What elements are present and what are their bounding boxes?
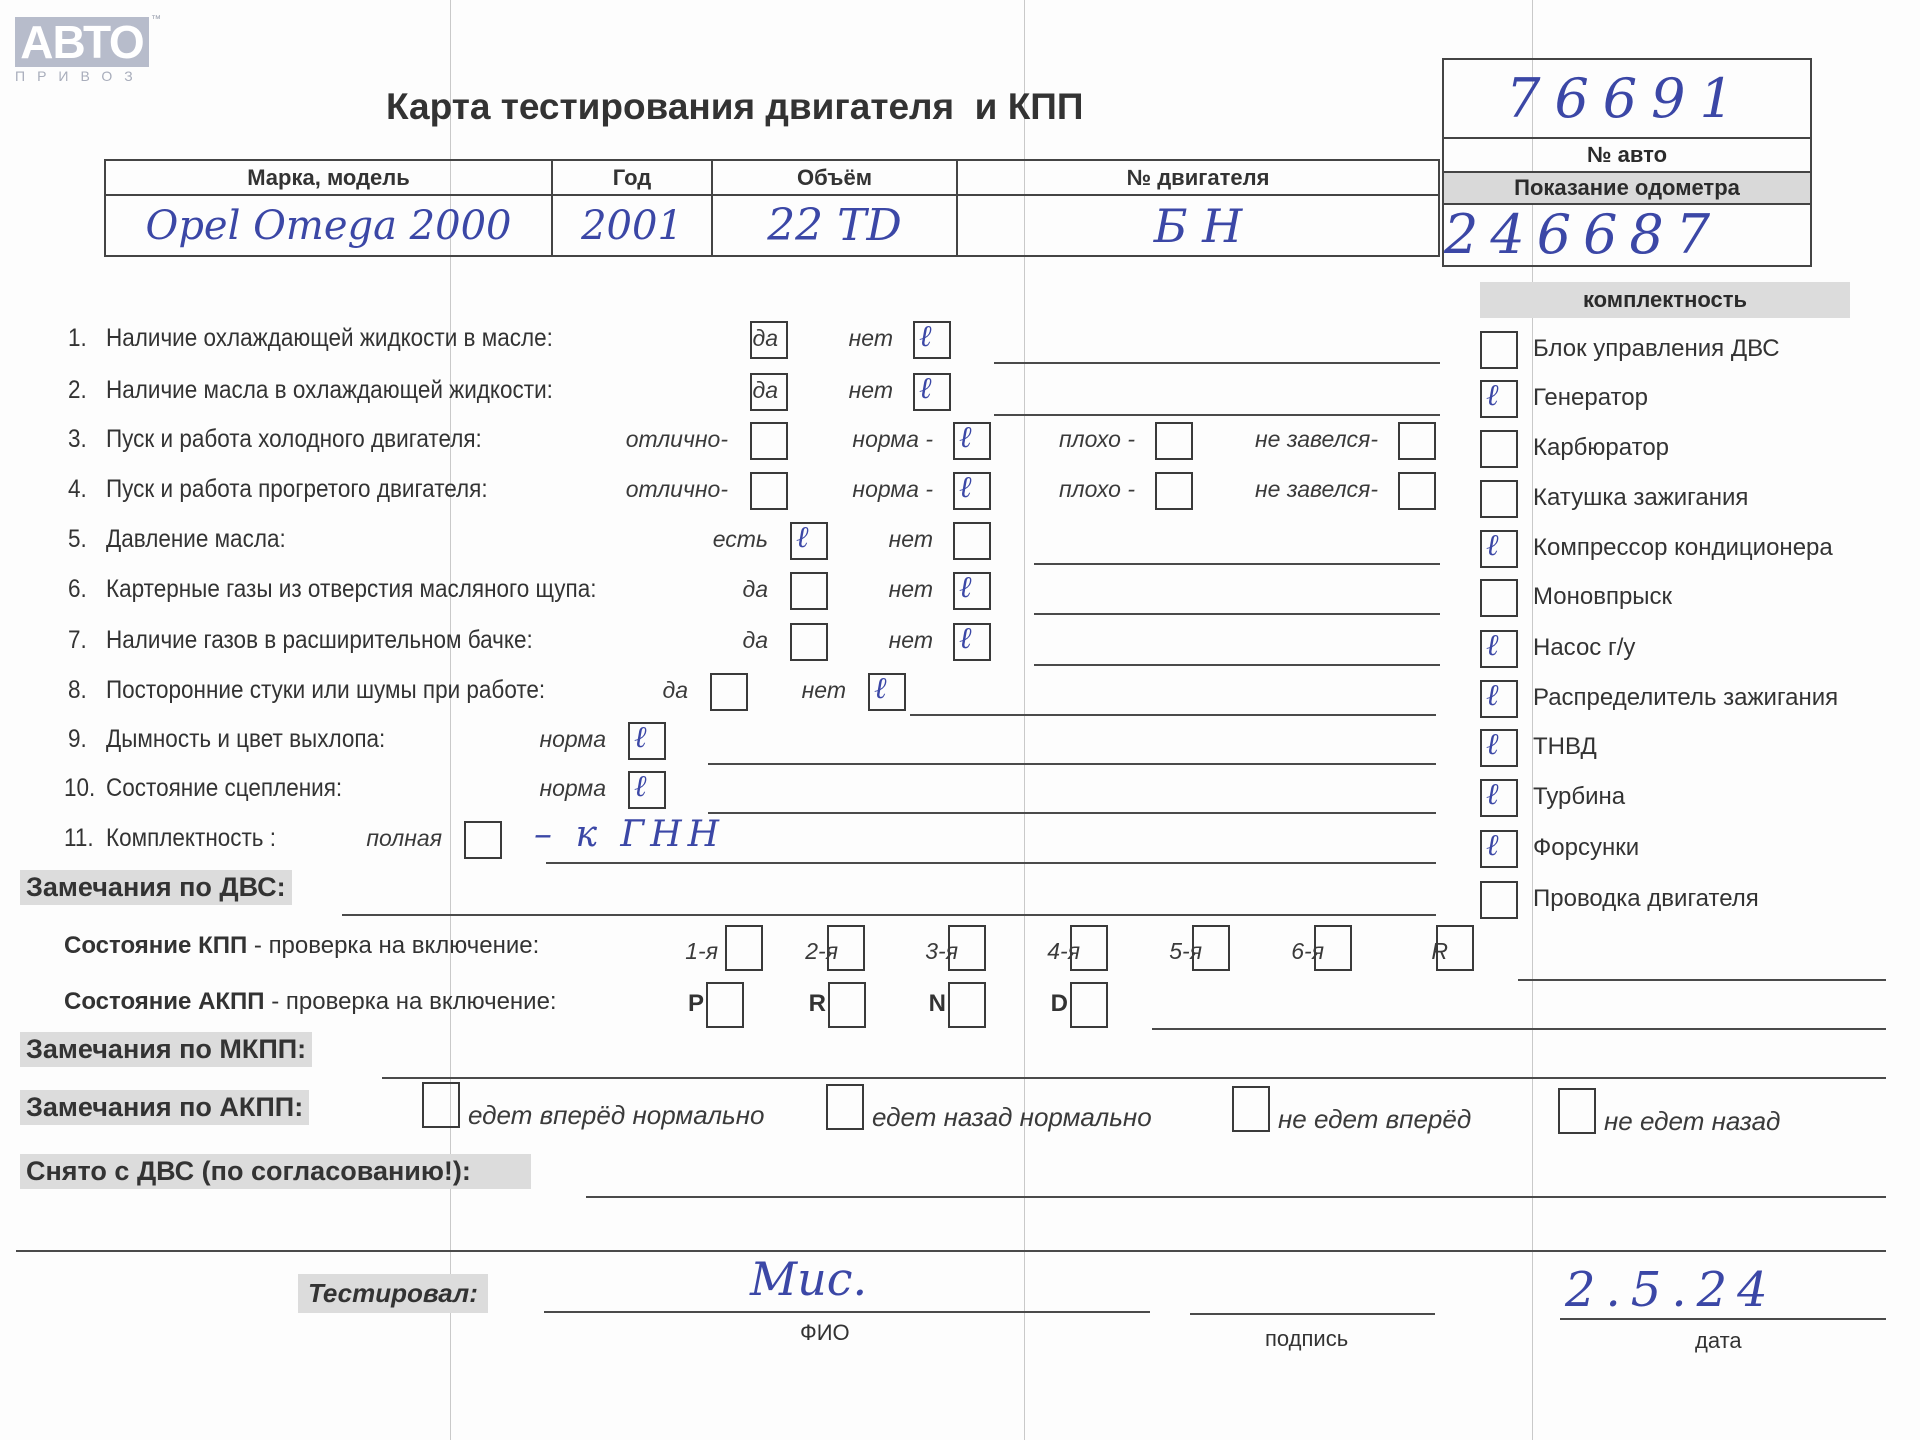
check-mark-icon: ℓ (959, 420, 972, 455)
auto-gear-checkbox[interactable] (948, 982, 986, 1028)
question-text: Посторонние стуки или шумы при работе: (106, 676, 545, 705)
note-input[interactable] (1034, 613, 1440, 615)
option-label: не завелся- (1255, 476, 1378, 503)
completeness-checkbox[interactable] (1480, 480, 1518, 518)
question-number: 9. (68, 725, 87, 754)
completeness-item-label: ТНВД (1533, 733, 1597, 761)
auto-gear-checkbox[interactable] (828, 982, 866, 1028)
completeness-item-label: Карбюратор (1533, 434, 1669, 462)
completeness-checkbox[interactable]: ℓ (1480, 530, 1518, 568)
remarks-auto-label: Замечания по АКПП: (20, 1090, 309, 1125)
auto-box: 76691 № авто Показание одометра 246687 (1442, 58, 1812, 267)
remarks-manual-input[interactable] (382, 1077, 1886, 1079)
option-checkbox[interactable]: ℓ (953, 422, 991, 460)
question-number: 11. (64, 824, 94, 853)
auto-gearbox-label: Состояние АКПП - проверка на включение: (64, 988, 557, 1016)
check-mark-icon: ℓ (1486, 828, 1499, 863)
option-label: отлично- (626, 426, 728, 453)
remarks-engine-input[interactable] (342, 914, 1436, 916)
check-mark-icon: ℓ (959, 470, 972, 505)
date-caption: дата (1695, 1328, 1742, 1354)
note-input[interactable] (546, 862, 1436, 864)
header-volume: Объём (713, 161, 956, 194)
logo-trademark: ™ (151, 14, 161, 25)
completeness-note[interactable]: – к ГНН (534, 814, 725, 855)
option-label: норма (539, 775, 606, 802)
model-field[interactable]: Opel Omega 2000 (106, 196, 551, 256)
year-field[interactable]: 2001 (553, 196, 711, 256)
auto-remark-label: едет назад нормально (872, 1102, 1152, 1133)
option-label: нет (889, 627, 933, 654)
remarks-manual-label: Замечания по МКПП: (20, 1032, 312, 1067)
auto-remark-checkbox[interactable] (1232, 1086, 1270, 1132)
question-text: Комплектность : (106, 824, 276, 853)
option-label: да (742, 576, 768, 603)
completeness-checkbox[interactable] (1480, 430, 1518, 468)
option-checkbox[interactable] (750, 373, 788, 411)
question-number: 7. (68, 626, 87, 655)
question-number: 1. (68, 324, 87, 353)
auto-gear-label: N (929, 990, 946, 1018)
note-input[interactable] (708, 763, 1436, 765)
check-mark-icon: ℓ (634, 720, 647, 755)
logo: АВТО (15, 17, 149, 67)
option-checkbox[interactable]: ℓ (953, 472, 991, 510)
option-checkbox[interactable] (750, 422, 788, 460)
question-number: 5. (68, 525, 87, 554)
gear-checkbox[interactable] (1436, 925, 1474, 971)
check-mark-icon: ℓ (1486, 777, 1499, 812)
question-text: Наличие газов в расширительном бачке: (106, 626, 533, 655)
check-mark-icon: ℓ (1486, 628, 1499, 663)
completeness-item-label: Блок управления ДВС (1533, 335, 1780, 363)
question-text: Давление масла: (106, 525, 286, 554)
auto-remark-checkbox[interactable] (1558, 1088, 1596, 1134)
option-checkbox[interactable]: ℓ (953, 623, 991, 661)
header-year: Год (553, 161, 711, 194)
completeness-item-label: Компрессор кондиционера (1533, 534, 1833, 562)
option-checkbox[interactable] (1155, 472, 1193, 510)
auto-gear-label: P (688, 990, 704, 1018)
completeness-checkbox[interactable] (1480, 331, 1518, 369)
option-checkbox[interactable]: ℓ (790, 522, 828, 560)
check-mark-icon: ℓ (874, 671, 887, 706)
option-checkbox[interactable] (790, 572, 828, 610)
option-label: полная (366, 825, 442, 852)
note-input[interactable] (994, 362, 1440, 364)
check-mark-icon: ℓ (959, 570, 972, 605)
option-label: да (742, 627, 768, 654)
removed-input[interactable] (586, 1196, 1886, 1198)
note-input[interactable] (1034, 664, 1440, 666)
manual-gearbox-note-input[interactable] (1518, 979, 1886, 981)
question-number: 2. (68, 376, 87, 405)
removed-label: Снято с ДВС (по согласованию!): (20, 1154, 531, 1189)
date-field[interactable]: 2.5.24 (1565, 1262, 1778, 1318)
question-number: 3. (68, 425, 87, 454)
gear-checkbox[interactable] (1314, 925, 1352, 971)
auto-remark-checkbox[interactable] (826, 1084, 864, 1130)
option-checkbox[interactable]: ℓ (913, 321, 951, 359)
question-text: Пуск и работа прогретого двигателя: (106, 475, 488, 504)
gear-checkbox[interactable] (1192, 925, 1230, 971)
signature-field[interactable] (1190, 1313, 1435, 1315)
date-line (1560, 1318, 1886, 1320)
option-label: плохо - (1059, 426, 1135, 453)
completeness-item-label: Генератор (1533, 384, 1648, 412)
question-text: Состояние сцепления: (106, 774, 342, 803)
auto-remark-label: не едет назад (1604, 1106, 1780, 1137)
check-mark-icon: ℓ (1486, 378, 1499, 413)
option-checkbox[interactable]: ℓ (868, 673, 906, 711)
tester-name-line (544, 1311, 1150, 1313)
header-model: Марка, модель (106, 161, 551, 194)
completeness-checkbox[interactable]: ℓ (1480, 779, 1518, 817)
remarks-engine-label: Замечания по ДВС: (20, 870, 292, 905)
option-label: нет (849, 377, 893, 404)
option-checkbox[interactable]: ℓ (953, 572, 991, 610)
option-checkbox[interactable] (1398, 422, 1436, 460)
question-number: 6. (68, 575, 87, 604)
odometer-field[interactable]: 246687 (1444, 205, 1810, 265)
option-checkbox[interactable] (1398, 472, 1436, 510)
option-label: не завелся- (1255, 426, 1378, 453)
option-checkbox[interactable] (750, 321, 788, 359)
option-checkbox[interactable] (710, 673, 748, 711)
check-mark-icon: ℓ (1486, 528, 1499, 563)
gear-label: 1-я (685, 938, 718, 965)
completeness-checkbox[interactable]: ℓ (1480, 830, 1518, 868)
option-label: нет (802, 677, 846, 704)
question-text: Дымность и цвет выхлопа: (106, 725, 385, 754)
question-text: Наличие масла в охлаждающей жидкости: (106, 376, 553, 405)
auto-no-label: № авто (1444, 139, 1810, 173)
check-mark-icon: ℓ (1486, 727, 1499, 762)
check-mark-icon: ℓ (959, 621, 972, 656)
manual-gearbox-label: Состояние КПП - проверка на включение: (64, 932, 539, 960)
question-number: 4. (68, 475, 87, 504)
completeness-item-label: Моновпрыск (1533, 583, 1672, 611)
header-engine-no: № двигателя (958, 161, 1438, 194)
note-input[interactable] (910, 714, 1436, 716)
completeness-item-label: Насос г/у (1533, 634, 1635, 662)
odometer-label: Показание одометра (1444, 173, 1810, 205)
auto-gear-checkbox[interactable] (706, 982, 744, 1028)
completeness-item-label: Турбина (1533, 783, 1625, 811)
gear-checkbox[interactable] (827, 925, 865, 971)
completeness-item-label: Катушка зажигания (1533, 484, 1748, 512)
option-checkbox[interactable] (1155, 422, 1193, 460)
option-label: отлично- (626, 476, 728, 503)
vehicle-table: Марка, модель Год Объём № двигателя Opel… (104, 159, 1440, 257)
option-label: норма - (852, 426, 933, 453)
completeness-checkbox[interactable]: ℓ (1480, 380, 1518, 418)
option-checkbox[interactable]: ℓ (628, 722, 666, 760)
check-mark-icon: ℓ (634, 769, 647, 804)
check-mark-icon: ℓ (919, 371, 932, 406)
option-label: да (662, 677, 688, 704)
tester-name-field[interactable]: Мис. (750, 1252, 867, 1306)
gear-checkbox[interactable] (725, 925, 763, 971)
completeness-checkbox[interactable] (1480, 881, 1518, 919)
divider (16, 1250, 1886, 1252)
option-checkbox[interactable]: ℓ (913, 373, 951, 411)
completeness-title: комплектность (1480, 282, 1850, 318)
auto-gearbox-note-input[interactable] (1152, 1028, 1886, 1030)
option-label: есть (713, 526, 768, 553)
option-label: нет (889, 526, 933, 553)
completeness-checkbox[interactable]: ℓ (1480, 680, 1518, 718)
gear-checkbox[interactable] (1070, 925, 1108, 971)
option-label: плохо - (1059, 476, 1135, 503)
auto-remark-label: едет вперёд нормально (468, 1100, 764, 1131)
option-checkbox[interactable] (750, 472, 788, 510)
auto-gear-label: R (809, 990, 826, 1018)
gear-checkbox[interactable] (948, 925, 986, 971)
option-checkbox[interactable] (953, 522, 991, 560)
auto-no-field[interactable]: 76691 (1444, 60, 1810, 139)
completeness-checkbox[interactable]: ℓ (1480, 729, 1518, 767)
check-mark-icon: ℓ (1486, 678, 1499, 713)
option-label: норма (539, 726, 606, 753)
logo-subtitle: ПРИВОЗ (15, 68, 149, 84)
check-mark-icon: ℓ (796, 520, 809, 555)
question-number: 10. (64, 774, 95, 803)
question-number: 8. (68, 676, 87, 705)
auto-gear-checkbox[interactable] (1070, 982, 1108, 1028)
page-title: Карта тестирования двигателя и КПП (386, 86, 1083, 128)
option-checkbox[interactable]: ℓ (628, 771, 666, 809)
note-input[interactable] (994, 414, 1440, 416)
question-text: Картерные газы из отверстия масляного щу… (106, 575, 596, 604)
option-label: нет (889, 576, 933, 603)
check-mark-icon: ℓ (919, 319, 932, 354)
volume-field[interactable]: 22 TD (713, 196, 956, 256)
completeness-item-label: Форсунки (1533, 834, 1639, 862)
tested-by-label: Тестировал: (298, 1274, 488, 1313)
completeness-checkbox[interactable]: ℓ (1480, 630, 1518, 668)
option-label: нет (849, 325, 893, 352)
option-label: норма - (852, 476, 933, 503)
note-input[interactable] (708, 812, 1436, 814)
auto-remark-label: не едет вперёд (1278, 1104, 1471, 1135)
option-checkbox[interactable] (464, 821, 502, 859)
signature-caption: подпись (1265, 1326, 1348, 1352)
note-input[interactable] (1034, 563, 1440, 565)
engine-no-field[interactable]: Б Н (958, 196, 1438, 256)
question-text: Пуск и работа холодного двигателя: (106, 425, 482, 454)
auto-remark-checkbox[interactable] (422, 1082, 460, 1128)
completeness-item-label: Проводка двигателя (1533, 885, 1759, 913)
option-checkbox[interactable] (790, 623, 828, 661)
completeness-checkbox[interactable] (1480, 579, 1518, 617)
name-caption: ФИО (800, 1320, 850, 1346)
question-text: Наличие охлаждающей жидкости в масле: (106, 324, 553, 353)
completeness-item-label: Распределитель зажигания (1533, 684, 1838, 712)
auto-gear-label: D (1051, 990, 1068, 1018)
